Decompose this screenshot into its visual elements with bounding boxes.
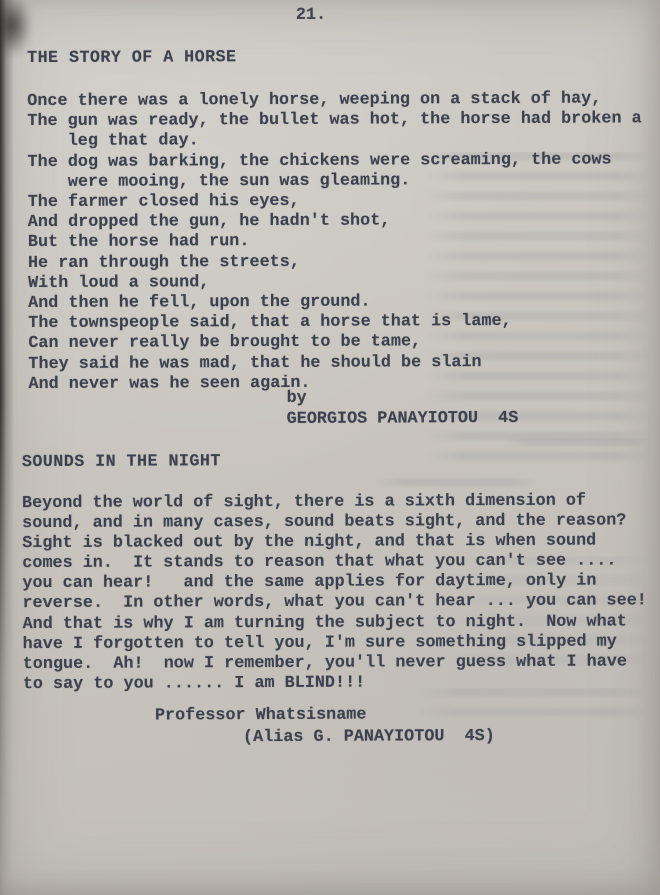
- signature-alias: (Alias G. PANAYIOTOU 4S): [243, 726, 495, 748]
- poem-line: With loud a sound,: [28, 271, 642, 294]
- prose-line: to say to you ...... I am BLIND!!!: [23, 672, 647, 695]
- byline-line: by: [287, 387, 519, 409]
- page-edge-shadow: [0, 0, 14, 895]
- poem-line: The gun was ready, the bullet was hot, t…: [27, 110, 641, 133]
- prose-title: SOUNDS IN THE NIGHT: [22, 451, 221, 474]
- poem-line: leg that day.: [27, 130, 641, 153]
- page-number: 21.: [296, 5, 326, 27]
- byline-line: GEORGIOS PANAYIOTOU 4S: [287, 408, 519, 430]
- corner-shadow: [0, 0, 38, 68]
- poem-line: The farmer closed his eyes,: [28, 190, 642, 213]
- poem-line: The dog was barking, the chickens were s…: [27, 150, 641, 173]
- poem-line: The townspeople said, that a horse that …: [28, 312, 642, 335]
- prose-line: Beyond the world of sight, there is a si…: [22, 491, 646, 514]
- poem-line: And dropped the gun, he hadn't shot,: [28, 211, 642, 234]
- poem-line: And then he fell, upon the ground.: [28, 291, 642, 314]
- signature-name: Professor Whatsisname: [155, 705, 367, 727]
- prose-line: And that is why I am turning the subject…: [23, 612, 647, 635]
- typewritten-text-layer: 21. THE STORY OF A HORSE Once there was …: [0, 0, 660, 895]
- poem-line: But the horse had run.: [28, 231, 642, 254]
- poem-body: Once there was a lonely horse, weeping o…: [27, 89, 643, 395]
- prose-line: have I forgotten to tell you, I'm sure s…: [23, 632, 647, 655]
- poem-byline: byGEORGIOS PANAYIOTOU 4S: [287, 387, 519, 430]
- prose-line: reverse. In other words, what you can't …: [22, 592, 646, 615]
- poem-title: THE STORY OF A HORSE: [27, 47, 237, 70]
- prose-line: tongue. Ah! now I remember, you'll never…: [23, 652, 647, 675]
- scanned-page-photo: 21. THE STORY OF A HORSE Once there was …: [0, 0, 660, 895]
- poem-line: He ran through the streets,: [28, 251, 642, 274]
- poem-line: were mooing, the sun was gleaming.: [28, 170, 642, 193]
- poem-line: Can never really be brought to be tame,: [28, 332, 642, 355]
- poem-line: They said he was mad, that he should be …: [28, 352, 642, 375]
- prose-body: Beyond the world of sight, there is a si…: [22, 491, 647, 695]
